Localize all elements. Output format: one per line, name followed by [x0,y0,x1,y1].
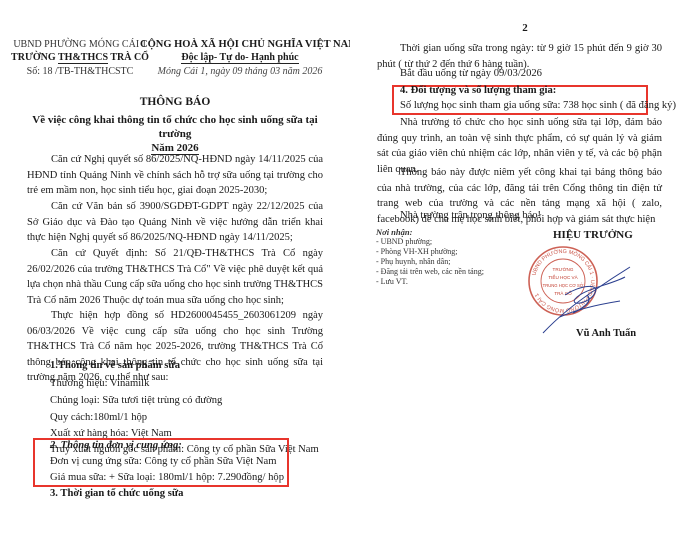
document-date: Móng Cái 1, ngày 09 tháng 03 năm 2026 [140,66,340,77]
recipient-item: - Đăng tải trên web, các nền tảng; [376,267,484,277]
section-3-heading: 3. Thời gian tổ chức uống sữa [50,488,183,499]
recipient-item: - Phòng VH-XH phường; [376,247,484,257]
product-type: Chủng loại: Sữa tươi tiệt trùng có đường [50,395,222,406]
basis-paragraph-2: Căn cứ Văn bản số 3900/SGDĐT-GDPT ngày 2… [27,199,323,246]
signer-title: HIỆU TRƯỞNG [553,229,633,241]
milk-price: Giá mua sữa: + Sữa loại: 180ml/1 hộp: 7.… [50,472,284,483]
document-subtitle: Về việc công khai thông tin tổ chức cho … [20,113,330,155]
document-number: Số: 18 /TB-TH&THCSTC [10,66,150,77]
document-page-1: UBND PHƯỜNG MÓNG CÁI 1 TRƯỜNG TH&THCS TR… [0,0,350,544]
document-page-2: 2 Thời gian uống sữa trong ngày: từ 9 gi… [350,0,700,544]
supplier-name: Đơn vị cung ứng sữa: Công ty cổ phần Sữa… [50,456,277,467]
product-spec: Quy cách:180ml/1 hộp [50,412,147,423]
start-date: Bắt đầu uống từ ngày 09/03/2026 [400,68,542,79]
document-title: THÔNG BÁO [0,96,350,108]
nation-name: CỘNG HOÀ XÃ HỘI CHỦ NGHĨA VIỆT NAM [140,38,340,51]
contract-paragraph: Thực hiện hợp đồng số HD2600045455_26030… [27,308,323,386]
national-header: CỘNG HOÀ XÃ HỘI CHỦ NGHĨA VIỆT NAM Độc l… [140,38,340,64]
section-2-heading: 2. Thông tin đơn vị cung ứng: [50,440,182,451]
participant-count: Số lượng học sinh tham gia uống sữa: 738… [400,100,676,111]
issuer-org: UBND PHƯỜNG MÓNG CÁI 1 [10,38,150,51]
closing-line: Nhà trường trân trọng thông báo! [400,210,541,221]
basis-paragraph-1: Căn cứ Nghị quyết số 86/2025/NQ-HĐND ngà… [27,152,323,199]
basis-paragraph-3: Căn cứ Quyết định: Số 21/QĐ-TH&THCS Trà … [27,246,323,308]
issuer-school: TRƯỜNG TH&THCS TRÀ CỔ [10,51,150,64]
section-1-heading: 1.Thông tin về sản phẩm sữa [50,360,180,371]
issuer-header: UBND PHƯỜNG MÓNG CÁI 1 TRƯỜNG TH&THCS TR… [10,38,150,64]
page-number: 2 [350,22,700,34]
product-brand: Thương hiệu: Vinamilk [50,378,149,389]
section-4-heading: 4. Đối tượng và số lượng tham gia: [400,85,556,96]
recipient-item: - Lưu VT. [376,277,484,287]
signature-icon [535,255,635,335]
recipient-item: - UBND phường; [376,237,484,247]
national-motto: Độc lập- Tự do- Hạnh phúc [181,52,298,64]
recipients-list: Nơi nhận: - UBND phường; - Phòng VH-XH p… [376,227,484,287]
recipient-item: - Phụ huynh, nhân dân; [376,257,484,267]
